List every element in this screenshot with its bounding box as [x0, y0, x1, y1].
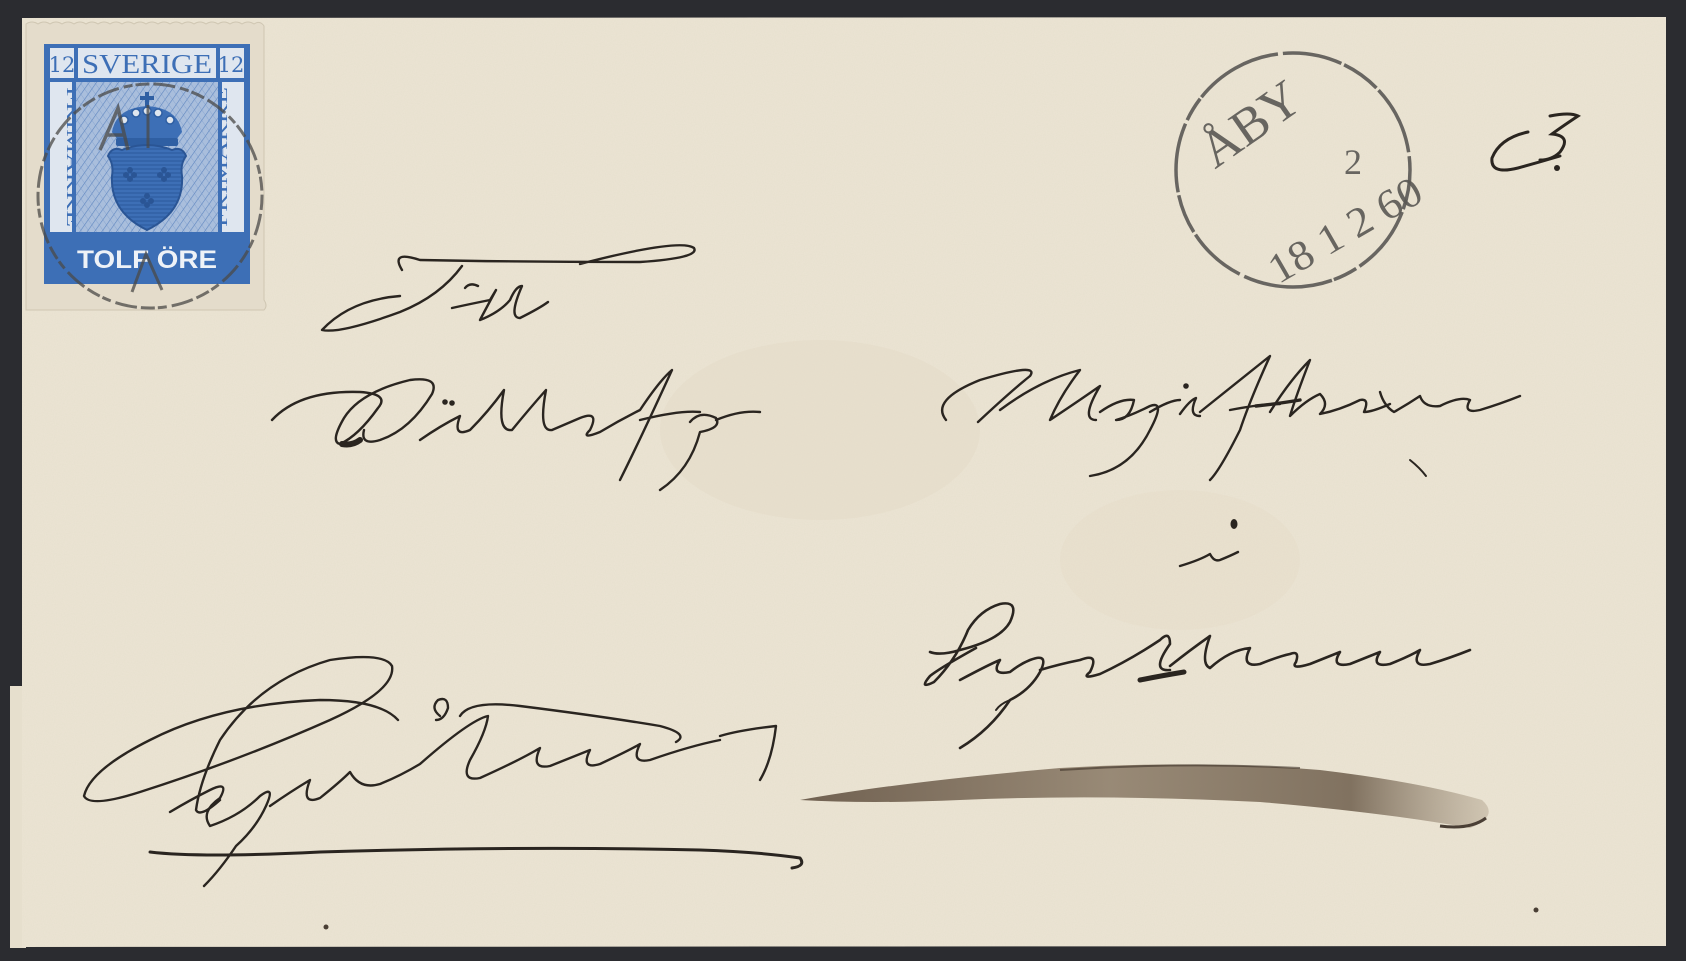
cover-scene: 12 SVERIGE 12 FRIMARKE FRIMARKE	[0, 0, 1686, 961]
postage-stamp: 12 SVERIGE 12 FRIMARKE FRIMARKE	[26, 22, 266, 310]
stamp-numeral-right: 12	[218, 53, 245, 77]
postmark-line2: 2	[1344, 142, 1362, 182]
stamp-numeral-left: 12	[49, 53, 76, 77]
fee-note-text: 3.	[0, 0, 15, 4]
stamp-country: SVERIGE	[82, 49, 212, 79]
